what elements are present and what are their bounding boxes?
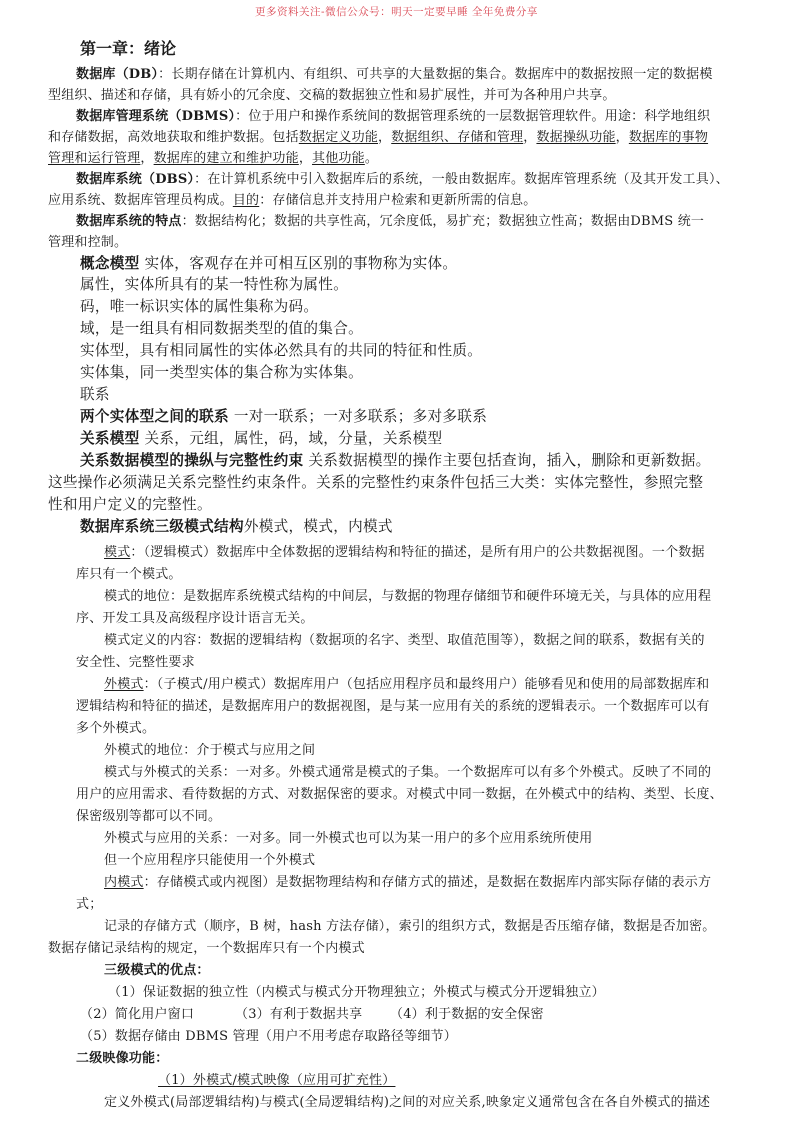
mapping-item-1: （1）外模式/模式映像（应用可扩充性） bbox=[158, 1069, 395, 1088]
schema-label: 模式 bbox=[104, 545, 130, 560]
db-text: ：长期存储在计算机内、有组织、可共享的大量数据的集合。数据库中的数据按照一定的数… bbox=[158, 67, 712, 82]
relationships-line: 两个实体型之间的联系 一对一联系；一对多联系；多对多联系 bbox=[80, 405, 487, 426]
dbs-text: ：存储信息并支持用户检索和更新所需的信息。 bbox=[259, 193, 536, 208]
integrity-text: 关系数据模型的操作主要包括查询，插入，删除和更新数据。 bbox=[303, 452, 710, 469]
features-definition: 数据库系统的特点：数据结构化；数据的共享性高，冗余度低，易扩充；数据独立性高；数… bbox=[76, 210, 704, 229]
dbms-function: 数据组织、存储和管理 bbox=[391, 130, 523, 145]
dbms-functions-line: 和存储数据，高效地获取和维护数据。包括数据定义功能，数据组织、存储和管理，数据操… bbox=[48, 126, 708, 145]
separator: ， bbox=[523, 130, 536, 145]
external-relation-cont: 用户的应用需求、看待数据的方式、对数据保密的要求。对模式中同一数据，在外模式中的… bbox=[76, 783, 723, 802]
internal-text: ：存储模式或内视图）是数据物理结构和存储方式的描述，是数据在数据库内部实际存储的… bbox=[144, 875, 712, 890]
schema-text: ：（逻辑模式）数据库中全体数据的逻辑结构和特征的描述，是所有用户的公共数据视图。… bbox=[130, 545, 704, 560]
features-text: ：数据结构化；数据的共享性高，冗余度低，易扩充；数据独立性高；数据由DBMS 统… bbox=[182, 214, 705, 229]
mapping-description: 定义外模式(局部逻辑结构)与模式(全局逻辑结构)之间的对应关系,映象定义通常包含… bbox=[104, 1091, 710, 1110]
integrity-line: 关系数据模型的操纵与完整性约束 关系数据模型的操作主要包括查询，插入，删除和更新… bbox=[80, 449, 711, 470]
advantage-item-5: （5）数据存储由 DBMS 管理（用户不用考虑存取路径等细节） bbox=[80, 1025, 457, 1044]
advantage-item-1: （1）保证数据的独立性（内模式与模式分开物理独立；外模式与模式分开逻辑独立） bbox=[108, 981, 605, 1000]
internal-record-cont: 数据存储记录结构的规定，一个数据库只有一个内模式 bbox=[48, 937, 365, 956]
dbs-definition-cont: 应用系统、数据库管理员构成。目的：存储信息并支持用户检索和更新所需的信息。 bbox=[48, 189, 536, 208]
concept-text: 实体，客观存在并可相互区别的事物称为实体。 bbox=[140, 255, 458, 272]
external-app-relation-cont: 但一个应用程序只能使用一个外模式 bbox=[104, 849, 315, 868]
dbms-function: 数据操纵功能 bbox=[536, 130, 615, 145]
dbms-functions-cont: 管理和运行管理，数据库的建立和维护功能，其他功能。 bbox=[48, 147, 378, 166]
concept-domain: 域，是一组具有相同数据类型的值的集合。 bbox=[80, 317, 363, 338]
dbms-text: 和存储数据，高效地获取和维护数据。包括 bbox=[48, 130, 299, 145]
three-level-term: 数据库系统三级模式结构 bbox=[80, 518, 244, 535]
external-schema-definition: 外模式：（子模式/用户模式）数据库用户（包括应用程序员和最终用户）能够看见和使用… bbox=[104, 673, 709, 692]
external-text: ：（子模式/用户模式）数据库用户（包括应用程序员和最终用户）能够看见和使用的局部… bbox=[144, 677, 710, 692]
relationships-text: 一对一联系；一对多联系；多对多联系 bbox=[229, 408, 487, 425]
internal-schema-label: 内模式 bbox=[104, 875, 144, 890]
integrity-cont: 这些操作必须满足关系完整性约束条件。关系的完整性约束条件包括三大类：实体完整性，… bbox=[48, 471, 703, 492]
dbs-definition: 数据库系统（DBS）：在计算机系统中引入数据库后的系统，一般由数据库。数据库管理… bbox=[76, 168, 729, 187]
dbms-function: 其他功能 bbox=[312, 151, 365, 166]
db-term: 数据库（DB） bbox=[76, 67, 158, 82]
features-term: 数据库系统的特点 bbox=[76, 214, 182, 229]
external-position: 外模式的地位：介于模式与应用之间 bbox=[104, 739, 315, 758]
advantage-item-2: （2）简化用户窗口 bbox=[80, 1003, 194, 1022]
watermark-banner: 更多资料关注-微信公众号：明天一定要早睡 全年免费分享 bbox=[0, 4, 793, 19]
concept-model-line: 概念模型 实体，客观存在并可相互区别的事物称为实体。 bbox=[80, 252, 457, 273]
dbs-text: ：在计算机系统中引入数据库后的系统，一般由数据库。数据库管理系统（及其开发工具）… bbox=[194, 172, 729, 187]
concept-term: 概念模型 bbox=[80, 255, 140, 272]
concept-key: 码，唯一标识实体的属性集称为码。 bbox=[80, 295, 318, 316]
advantage-item-3: （3）有利于数据共享 bbox=[235, 1003, 362, 1022]
dbms-function: 数据库的建立和维护功能 bbox=[154, 151, 299, 166]
external-cont: 逻辑结构和特征的描述，是数据库用户的数据视图，是与某一应用有关的系统的逻辑表示。… bbox=[76, 695, 710, 714]
external-cont2: 多个外模式。 bbox=[76, 717, 155, 736]
integrity-term: 关系数据模型的操纵与完整性约束 bbox=[80, 452, 303, 469]
concept-entity-set: 实体集，同一类型实体的集合称为实体集。 bbox=[80, 361, 363, 382]
db-definition: 数据库（DB）：长期存储在计算机内、有组织、可共享的大量数据的集合。数据库中的数… bbox=[76, 63, 713, 82]
dbms-text: ：位于用户和操作系统间的数据管理系统的一层数据管理软件。用途：科学地组织 bbox=[235, 109, 710, 124]
relationships-term: 两个实体型之间的联系 bbox=[80, 408, 229, 425]
schema-position: 模式的地位：是数据库系统模式结构的中间层，与数据的物理存储细节和硬件环境无关，与… bbox=[104, 585, 711, 604]
three-level-text: 外模式，模式，内模式 bbox=[244, 518, 393, 535]
separator: ， bbox=[616, 130, 629, 145]
separator: ， bbox=[140, 151, 153, 166]
concept-entity-type: 实体型，具有相同属性的实体必然具有的共同的特征和性质。 bbox=[80, 339, 482, 360]
schema-content-cont: 安全性、完整性要求 bbox=[76, 651, 195, 670]
mapping-title: 二级映像功能： bbox=[76, 1047, 168, 1066]
dbms-function: 管理和运行管理 bbox=[48, 151, 140, 166]
period: 。 bbox=[365, 151, 378, 166]
db-definition-cont: 型组织、描述和存储，具有娇小的冗余度、交稿的数据独立性和易扩展性，并可为各种用户… bbox=[48, 84, 616, 103]
concept-relationship: 联系 bbox=[80, 383, 110, 404]
external-schema-label: 外模式 bbox=[104, 677, 144, 692]
internal-cont: 式； bbox=[76, 893, 102, 912]
dbs-term: 数据库系统（DBS） bbox=[76, 172, 194, 187]
features-cont: 管理和控制。 bbox=[48, 231, 127, 250]
relational-model-line: 关系模型 关系，元组，属性，码，域，分量，关系模型 bbox=[80, 427, 442, 448]
purpose-label: 目的 bbox=[233, 193, 259, 208]
internal-record: 记录的存储方式（顺序，B 树，hash 方法存储），索引的组织方式，数据是否压缩… bbox=[104, 915, 716, 934]
dbms-function: 数据定义功能 bbox=[299, 130, 378, 145]
schema-definition: 模式：（逻辑模式）数据库中全体数据的逻辑结构和特征的描述，是所有用户的公共数据视… bbox=[104, 541, 705, 560]
three-level-line: 数据库系统三级模式结构外模式，模式，内模式 bbox=[80, 515, 393, 536]
schema-position-cont: 序、开发工具及高级程序设计语言无关。 bbox=[76, 607, 314, 626]
dbms-function: 数据库的事物 bbox=[629, 130, 708, 145]
external-relation-cont2: 保密级别等都可以不同。 bbox=[76, 805, 221, 824]
separator: ， bbox=[299, 151, 312, 166]
advantage-item-4: （4）利于数据的安全保密 bbox=[390, 1003, 544, 1022]
separator: ， bbox=[378, 130, 391, 145]
relational-model-text: 关系，元组，属性，码，域，分量，关系模型 bbox=[140, 430, 443, 447]
advantages-title: 三级模式的优点： bbox=[104, 959, 210, 978]
internal-schema-definition: 内模式：存储模式或内视图）是数据物理结构和存储方式的描述，是数据在数据库内部实际… bbox=[104, 871, 711, 890]
external-app-relation: 外模式与应用的关系：一对多。同一外模式也可以为某一用户的多个应用系统所使用 bbox=[104, 827, 592, 846]
chapter-title: 第一章：绪论 bbox=[80, 36, 176, 59]
concept-attribute: 属性，实体所具有的某一特性称为属性。 bbox=[80, 273, 348, 294]
schema-cont: 库只有一个模式。 bbox=[76, 563, 182, 582]
schema-content: 模式定义的内容：数据的逻辑结构（数据项的名字、类型、取值范围等），数据之间的联系… bbox=[104, 629, 705, 648]
dbms-definition: 数据库管理系统（DBMS）：位于用户和操作系统间的数据管理系统的一层数据管理软件… bbox=[76, 105, 710, 124]
external-relation: 模式与外模式的关系：一对多。外模式通常是模式的子集。一个数据库可以有多个外模式。… bbox=[104, 761, 711, 780]
integrity-cont2: 性和用户定义的完整性。 bbox=[48, 493, 212, 514]
dbs-text: 应用系统、数据库管理员构成。 bbox=[48, 193, 233, 208]
relational-model-term: 关系模型 bbox=[80, 430, 140, 447]
dbms-term: 数据库管理系统（DBMS） bbox=[76, 109, 235, 124]
